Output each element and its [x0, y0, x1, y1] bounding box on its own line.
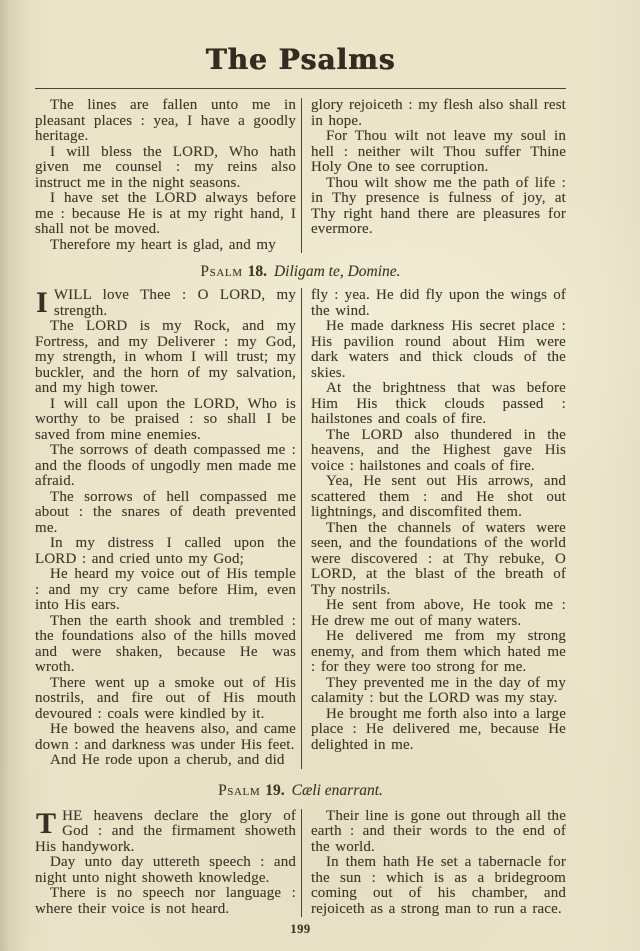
verse-paragraph: He brought me forth also into a large pl…	[311, 707, 566, 754]
verse-paragraph: He made darkness His secret place : His …	[311, 319, 566, 381]
verse-paragraph: There is no speech nor language : where …	[35, 886, 296, 917]
page-number: 199	[35, 922, 566, 938]
verse-paragraph: The LORD is my Rock, and my Fortress, an…	[35, 319, 296, 397]
right-column: Their line is gone out through all the e…	[302, 809, 566, 918]
verse-paragraph-opening: THE heavens declare the glory of God : a…	[35, 809, 296, 856]
verse-paragraph: There went up a smoke out of His nostril…	[35, 676, 296, 723]
title-rule	[35, 88, 566, 89]
psalm-19-heading: Psalm19.Cæli enarrant.	[35, 781, 566, 800]
verse-paragraph: The sorrows of hell compassed me about :…	[35, 490, 296, 537]
verse-paragraph: In them hath He set a tabernacle for the…	[311, 855, 566, 917]
verse-paragraph: He heard my voice out of His temple : an…	[35, 567, 296, 614]
verse-paragraph: Their line is gone out through all the e…	[311, 809, 566, 856]
verse-paragraph: Yea, He sent out His arrows, and scatter…	[311, 474, 566, 521]
verse-paragraph: In my distress I called upon the LORD : …	[35, 536, 296, 567]
verse-paragraph: I will call upon the LORD, Who is worthy…	[35, 397, 296, 444]
section-psalm17-end: The lines are fallen unto me in pleasant…	[35, 98, 566, 253]
verse-paragraph: He sent from above, He took me : He drew…	[311, 598, 566, 629]
psalm-heading-number: 19.	[265, 782, 284, 799]
verse-paragraph: For Thou wilt not leave my soul in hell …	[311, 129, 566, 176]
verse-paragraph: The sorrows of death compassed me : and …	[35, 443, 296, 490]
drop-cap: I	[35, 288, 54, 316]
verse-paragraph: He delivered me from my strong enemy, an…	[311, 629, 566, 676]
verse-paragraph: Then the earth shook and trembled : the …	[35, 614, 296, 676]
psalm-heading-incipit: Diligam te, Domine.	[274, 263, 401, 280]
psalm-heading-number: 18.	[248, 263, 267, 280]
verse-paragraph: Thou wilt show me the path of life : in …	[311, 176, 566, 238]
verse-paragraph: The LORD also thundered in the heavens, …	[311, 428, 566, 475]
drop-cap: T	[35, 809, 62, 837]
page-content: The Psalms The lines are fallen unto me …	[35, 0, 566, 938]
verse-paragraph: fly : yea. He did fly upon the wings of …	[311, 288, 566, 319]
verse-paragraph-opening: IWILL love Thee : O LORD, my strength.	[35, 288, 296, 319]
psalm-18-heading: Psalm18.Diligam te, Domine.	[35, 262, 566, 281]
verse-paragraph: They prevented me in the day of my calam…	[311, 676, 566, 707]
verse-paragraph: Day unto day uttereth speech : and night…	[35, 855, 296, 886]
right-column: glory rejoiceth : my flesh also shall re…	[302, 98, 566, 253]
verse-text: WILL love Thee : O LORD, my strength.	[54, 287, 296, 319]
psalm-heading-label: Psalm	[200, 263, 242, 280]
verse-paragraph: Then the channels of waters were seen, a…	[311, 521, 566, 599]
section-psalm19: THE heavens declare the glory of God : a…	[35, 809, 566, 918]
verse-paragraph: Therefore my heart is glad, and my	[35, 238, 296, 254]
verse-paragraph: At the brightness that was before Him Hi…	[311, 381, 566, 428]
verse-text: HE heavens declare the glory of God : an…	[35, 808, 296, 855]
scanned-psalter-page: The Psalms The lines are fallen unto me …	[0, 0, 640, 951]
verse-paragraph: And He rode upon a cherub, and did	[35, 753, 296, 769]
verse-paragraph: I will bless the LORD, Who hath given me…	[35, 145, 296, 192]
verse-paragraph: The lines are fallen unto me in pleasant…	[35, 98, 296, 145]
left-column: IWILL love Thee : O LORD, my strength. T…	[35, 288, 296, 769]
section-psalm18: IWILL love Thee : O LORD, my strength. T…	[35, 288, 566, 769]
verse-paragraph: He bowed the heavens also, and came down…	[35, 722, 296, 753]
right-column: fly : yea. He did fly upon the wings of …	[302, 288, 566, 769]
verse-paragraph: I have set the LORD always before me : b…	[35, 191, 296, 238]
psalm-heading-incipit: Cæli enarrant.	[292, 782, 383, 799]
left-column: THE heavens declare the glory of God : a…	[35, 809, 296, 918]
verse-paragraph: glory rejoiceth : my flesh also shall re…	[311, 98, 566, 129]
left-column: The lines are fallen unto me in pleasant…	[35, 98, 296, 253]
page-title: The Psalms	[35, 44, 566, 76]
psalm-heading-label: Psalm	[218, 782, 260, 799]
